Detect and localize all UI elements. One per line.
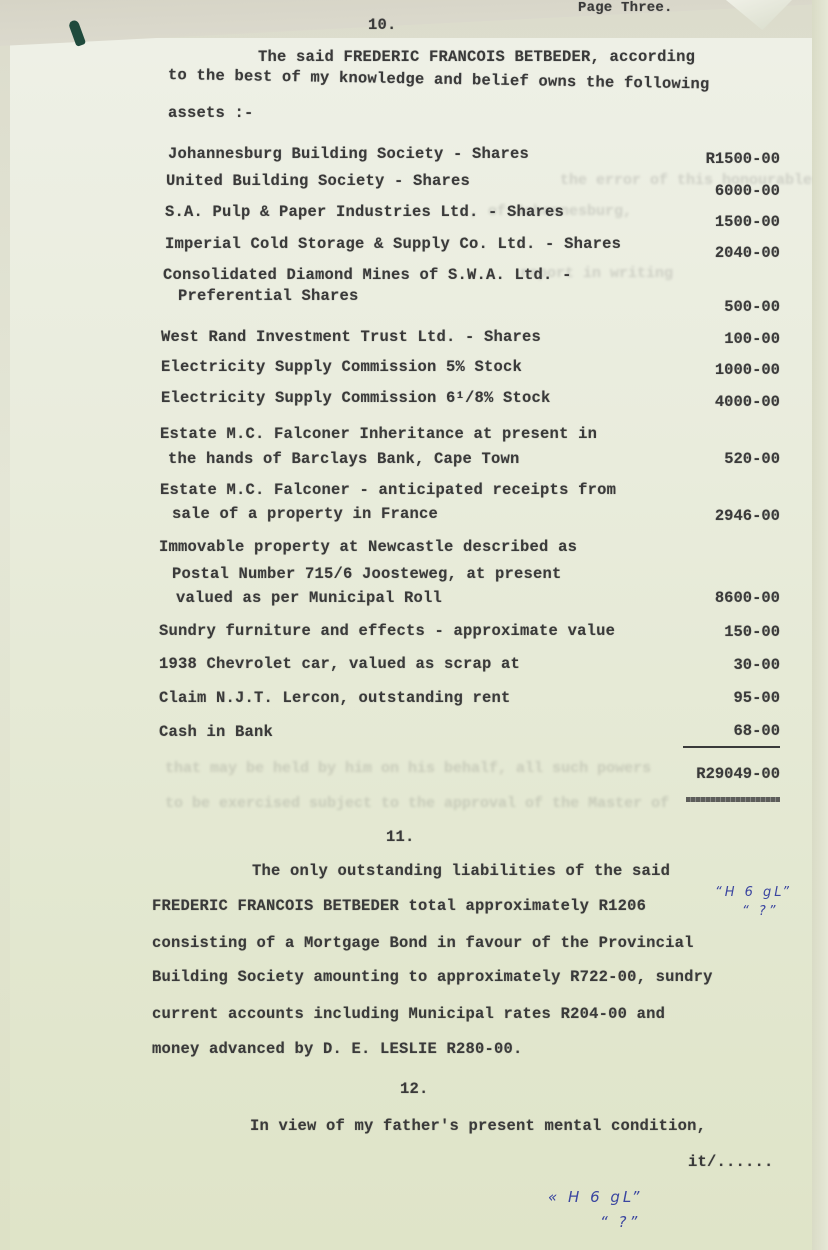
asset-amount: 6000-00 — [620, 182, 780, 200]
asset-amount: 520-00 — [620, 450, 780, 468]
asset-amount: 1000-00 — [620, 361, 780, 379]
section-number-11: 11. — [386, 828, 415, 846]
asset-description: Claim N.J.T. Lercon, outstanding rent — [159, 689, 511, 707]
asset-amount: R1500-00 — [620, 150, 780, 168]
asset-amount: 68-00 — [620, 722, 780, 740]
asset-amount: 500-00 — [620, 298, 780, 316]
asset-description: valued as per Municipal Roll — [176, 589, 442, 607]
asset-description: Electricity Supply Commission 6¹/8% Stoc… — [161, 389, 551, 407]
asset-description: Imperial Cold Storage & Supply Co. Ltd. … — [165, 235, 621, 253]
asset-description: sale of a property in France — [172, 505, 438, 523]
section-10-intro-line: assets :- — [168, 104, 254, 122]
asset-amount: 95-00 — [620, 689, 780, 707]
section-11-line: Building Society amounting to approximat… — [152, 968, 713, 986]
section-12-line: In view of my father's present mental co… — [250, 1117, 706, 1135]
section-11-line: consisting of a Mortgage Bond in favour … — [152, 934, 694, 952]
handwritten-margin-note: “ ?” — [742, 904, 779, 919]
asset-description: S.A. Pulp & Paper Industries Ltd. - Shar… — [165, 203, 564, 221]
section-number-10: 10. — [368, 16, 397, 34]
asset-amount: 8600-00 — [620, 589, 780, 607]
asset-description: Cash in Bank — [159, 723, 273, 741]
asset-description: Estate M.C. Falconer Inheritance at pres… — [160, 425, 597, 443]
assets-total: R29049-00 — [640, 765, 780, 783]
handwritten-margin-note: “H 6 gL” — [715, 885, 792, 900]
section-10-intro-line: The said FREDERIC FRANCOIS BETBEDER, acc… — [258, 48, 695, 66]
asset-amount: 100-00 — [620, 330, 780, 348]
bleed-through-text: that may be held by him on his behalf, a… — [165, 760, 651, 777]
asset-description: Estate M.C. Falconer - anticipated recei… — [160, 481, 616, 499]
section-11-line: The only outstanding liabilities of the … — [252, 862, 670, 880]
asset-amount: 150-00 — [620, 623, 780, 641]
asset-amount: 2946-00 — [620, 507, 780, 525]
asset-description: Immovable property at Newcastle describe… — [159, 538, 577, 556]
section-11-line: current accounts including Municipal rat… — [152, 1005, 665, 1023]
page-continuation: it/...... — [688, 1153, 774, 1171]
subtotal-rule — [683, 746, 780, 748]
asset-description: Johannesburg Building Society - Shares — [168, 145, 529, 163]
asset-amount: 2040-00 — [620, 244, 780, 262]
total-double-rule — [686, 797, 780, 802]
asset-description: the hands of Barclays Bank, Cape Town — [168, 450, 520, 468]
asset-amount: 30-00 — [620, 656, 780, 674]
asset-description: Electricity Supply Commission 5% Stock — [161, 358, 522, 376]
bleed-through-text: to be exercised subject to the approval … — [165, 795, 669, 812]
section-number-12: 12. — [400, 1080, 429, 1098]
asset-description: 1938 Chevrolet car, valued as scrap at — [159, 655, 520, 673]
handwritten-footer-note: « H 6 gL” — [548, 1188, 642, 1206]
asset-description: Postal Number 715/6 Joosteweg, at presen… — [172, 565, 562, 583]
asset-description: Preferential Shares — [178, 287, 359, 305]
section-11-line: FREDERIC FRANCOIS BETBEDER total approxi… — [152, 897, 646, 915]
asset-amount: 1500-00 — [620, 213, 780, 231]
page-right-edge — [812, 0, 828, 1250]
page-label: Page Three. — [578, 0, 673, 16]
asset-description: West Rand Investment Trust Ltd. - Shares — [161, 328, 541, 346]
asset-description: Consolidated Diamond Mines of S.W.A. Ltd… — [163, 266, 572, 284]
asset-description: United Building Society - Shares — [166, 172, 470, 190]
asset-description: Sundry furniture and effects - approxima… — [159, 622, 615, 640]
handwritten-footer-note: “ ?” — [600, 1213, 640, 1231]
section-11-line: money advanced by D. E. LESLIE R280-00. — [152, 1040, 523, 1058]
asset-amount: 4000-00 — [620, 393, 780, 411]
